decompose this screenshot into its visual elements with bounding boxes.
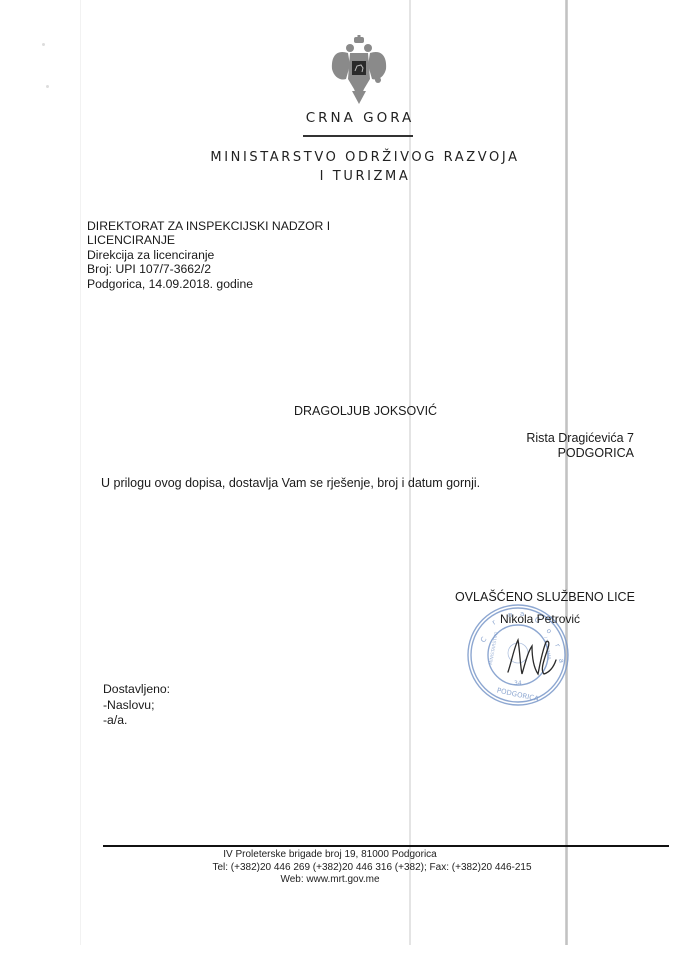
directorate-line-1: DIREKTORAT ZA INSPEKCIJSKI NADZOR I [87, 219, 330, 233]
handwritten-signature-icon [500, 630, 560, 680]
delivery-heading: Dostavljeno: [103, 682, 170, 698]
recipient-address: Rista Dragićevića 7 PODGORICA [526, 431, 634, 460]
scan-artifact-line [80, 0, 81, 945]
ministry-line-1: MINISTARSTVO ODRŽIVOG RAZVOJA [0, 148, 679, 167]
svg-text:PODGORICA: PODGORICA [496, 687, 540, 704]
svg-text:MINISTARSTVO: MINISTARSTVO [488, 631, 500, 665]
scan-speck [42, 43, 45, 46]
body-text: U prilogu ovog dopisa, dostavlja Vam se … [101, 476, 480, 490]
document-number: Broj: UPI 107/7-3662/2 [87, 262, 330, 276]
official-title: OVLAŠĆENO SLUŽBENO LICE [455, 590, 635, 604]
footer: IV Proleterske brigade broj 19, 81000 Po… [120, 849, 540, 887]
official-name: Nikola Petrović [500, 612, 580, 626]
recipient-street: Rista Dragićevića 7 [526, 431, 634, 446]
delivery-item: -Naslovu; [103, 698, 170, 714]
scan-speck [46, 85, 49, 88]
header-divider [303, 135, 413, 137]
directorate-line-2: LICENCIRANJE [87, 233, 330, 247]
montenegro-coat-of-arms-icon [328, 35, 390, 105]
recipient-name: DRAGOLJUB JOKSOVIĆ [294, 404, 437, 418]
footer-web: Web: www.mrt.gov.me [120, 874, 540, 887]
scan-artifact-line [409, 0, 411, 945]
ministry-line-2: I TURIZMA [0, 167, 679, 186]
recipient-city: PODGORICA [526, 446, 634, 461]
footer-divider [103, 845, 669, 847]
scan-artifact-line [565, 0, 568, 945]
svg-text:r: r [491, 618, 498, 626]
place-date: Podgorica, 14.09.2018. godine [87, 277, 330, 291]
directorate-sub: Direkcija za licenciranje [87, 248, 330, 262]
svg-text:34: 34 [514, 680, 522, 687]
country-name: CRNA GORA [0, 110, 679, 126]
footer-address: IV Proleterske brigade broj 19, 81000 Po… [120, 849, 540, 862]
footer-contact: Tel: (+382)20 446 269 (+382)20 446 316 (… [182, 862, 562, 875]
delivery-list: Dostavljeno: -Naslovu; -a/a. [103, 682, 170, 729]
letter-page: CRNA GORA MINISTARSTVO ODRŽIVOG RAZVOJA … [0, 0, 679, 960]
delivery-item: -a/a. [103, 713, 170, 729]
svg-text:C: C [479, 635, 488, 644]
sender-block: DIREKTORAT ZA INSPEKCIJSKI NADZOR I LICE… [87, 219, 330, 291]
ministry-name: MINISTARSTVO ODRŽIVOG RAZVOJA I TURIZMA [0, 148, 679, 186]
